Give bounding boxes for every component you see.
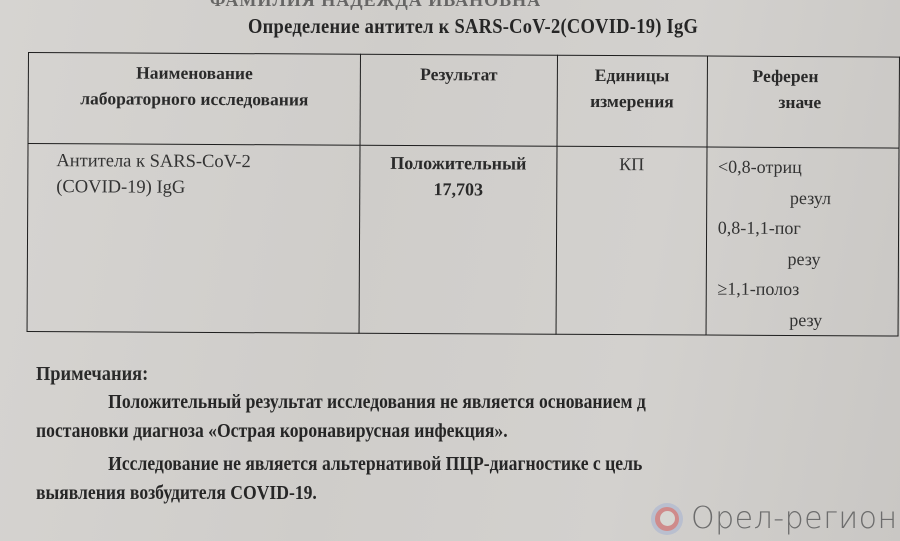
notes-section: Примечания: Положительный результат иссл… [36, 363, 900, 508]
ring-logo-icon [651, 503, 683, 535]
header-test-name: Наименование лабораторного исследования [28, 53, 361, 146]
results-table: Наименование лабораторного исследования … [27, 52, 900, 337]
note-paragraph-1-line-2: постановки диагноза «Острая коронавирусн… [36, 417, 810, 446]
units-cell: КП [556, 146, 707, 335]
result-status: Положительный [361, 150, 557, 177]
result-value: 17,703 [360, 176, 556, 203]
document-page: ФАМИЛИЯ НАДЕЖДА ИВАНОВНА Определение ант… [0, 0, 900, 541]
note-paragraph-1-line-1: Положительный результат исследования не … [36, 388, 810, 417]
watermark: Орел-регион [651, 501, 898, 536]
header-reference: Референ значе [707, 56, 900, 148]
note-paragraph-2-line-1: Исследование не является альтернативой П… [36, 450, 810, 479]
test-name-cell: Антитела к SARS-CoV-2 (COVID-19) IgG [27, 144, 360, 334]
header-result: Результат [360, 54, 557, 146]
header-units: Единицы измерения [557, 55, 707, 147]
document-title: Определение антител к SARS-CoV-2(COVID-1… [248, 14, 698, 39]
partial-patient-name: ФАМИЛИЯ НАДЕЖДА ИВАНОВНА [210, 0, 541, 11]
result-cell: Положительный 17,703 [359, 145, 557, 334]
watermark-text: Орел-регион [691, 501, 898, 536]
table-row: Антитела к SARS-CoV-2 (COVID-19) IgG Пол… [27, 144, 899, 337]
table-header-row: Наименование лабораторного исследования … [28, 53, 899, 149]
reference-cell: <0,8-отриц резул 0,8-1,1-пог резу ≥1,1-п… [706, 147, 899, 336]
notes-heading: Примечания: [36, 363, 846, 386]
